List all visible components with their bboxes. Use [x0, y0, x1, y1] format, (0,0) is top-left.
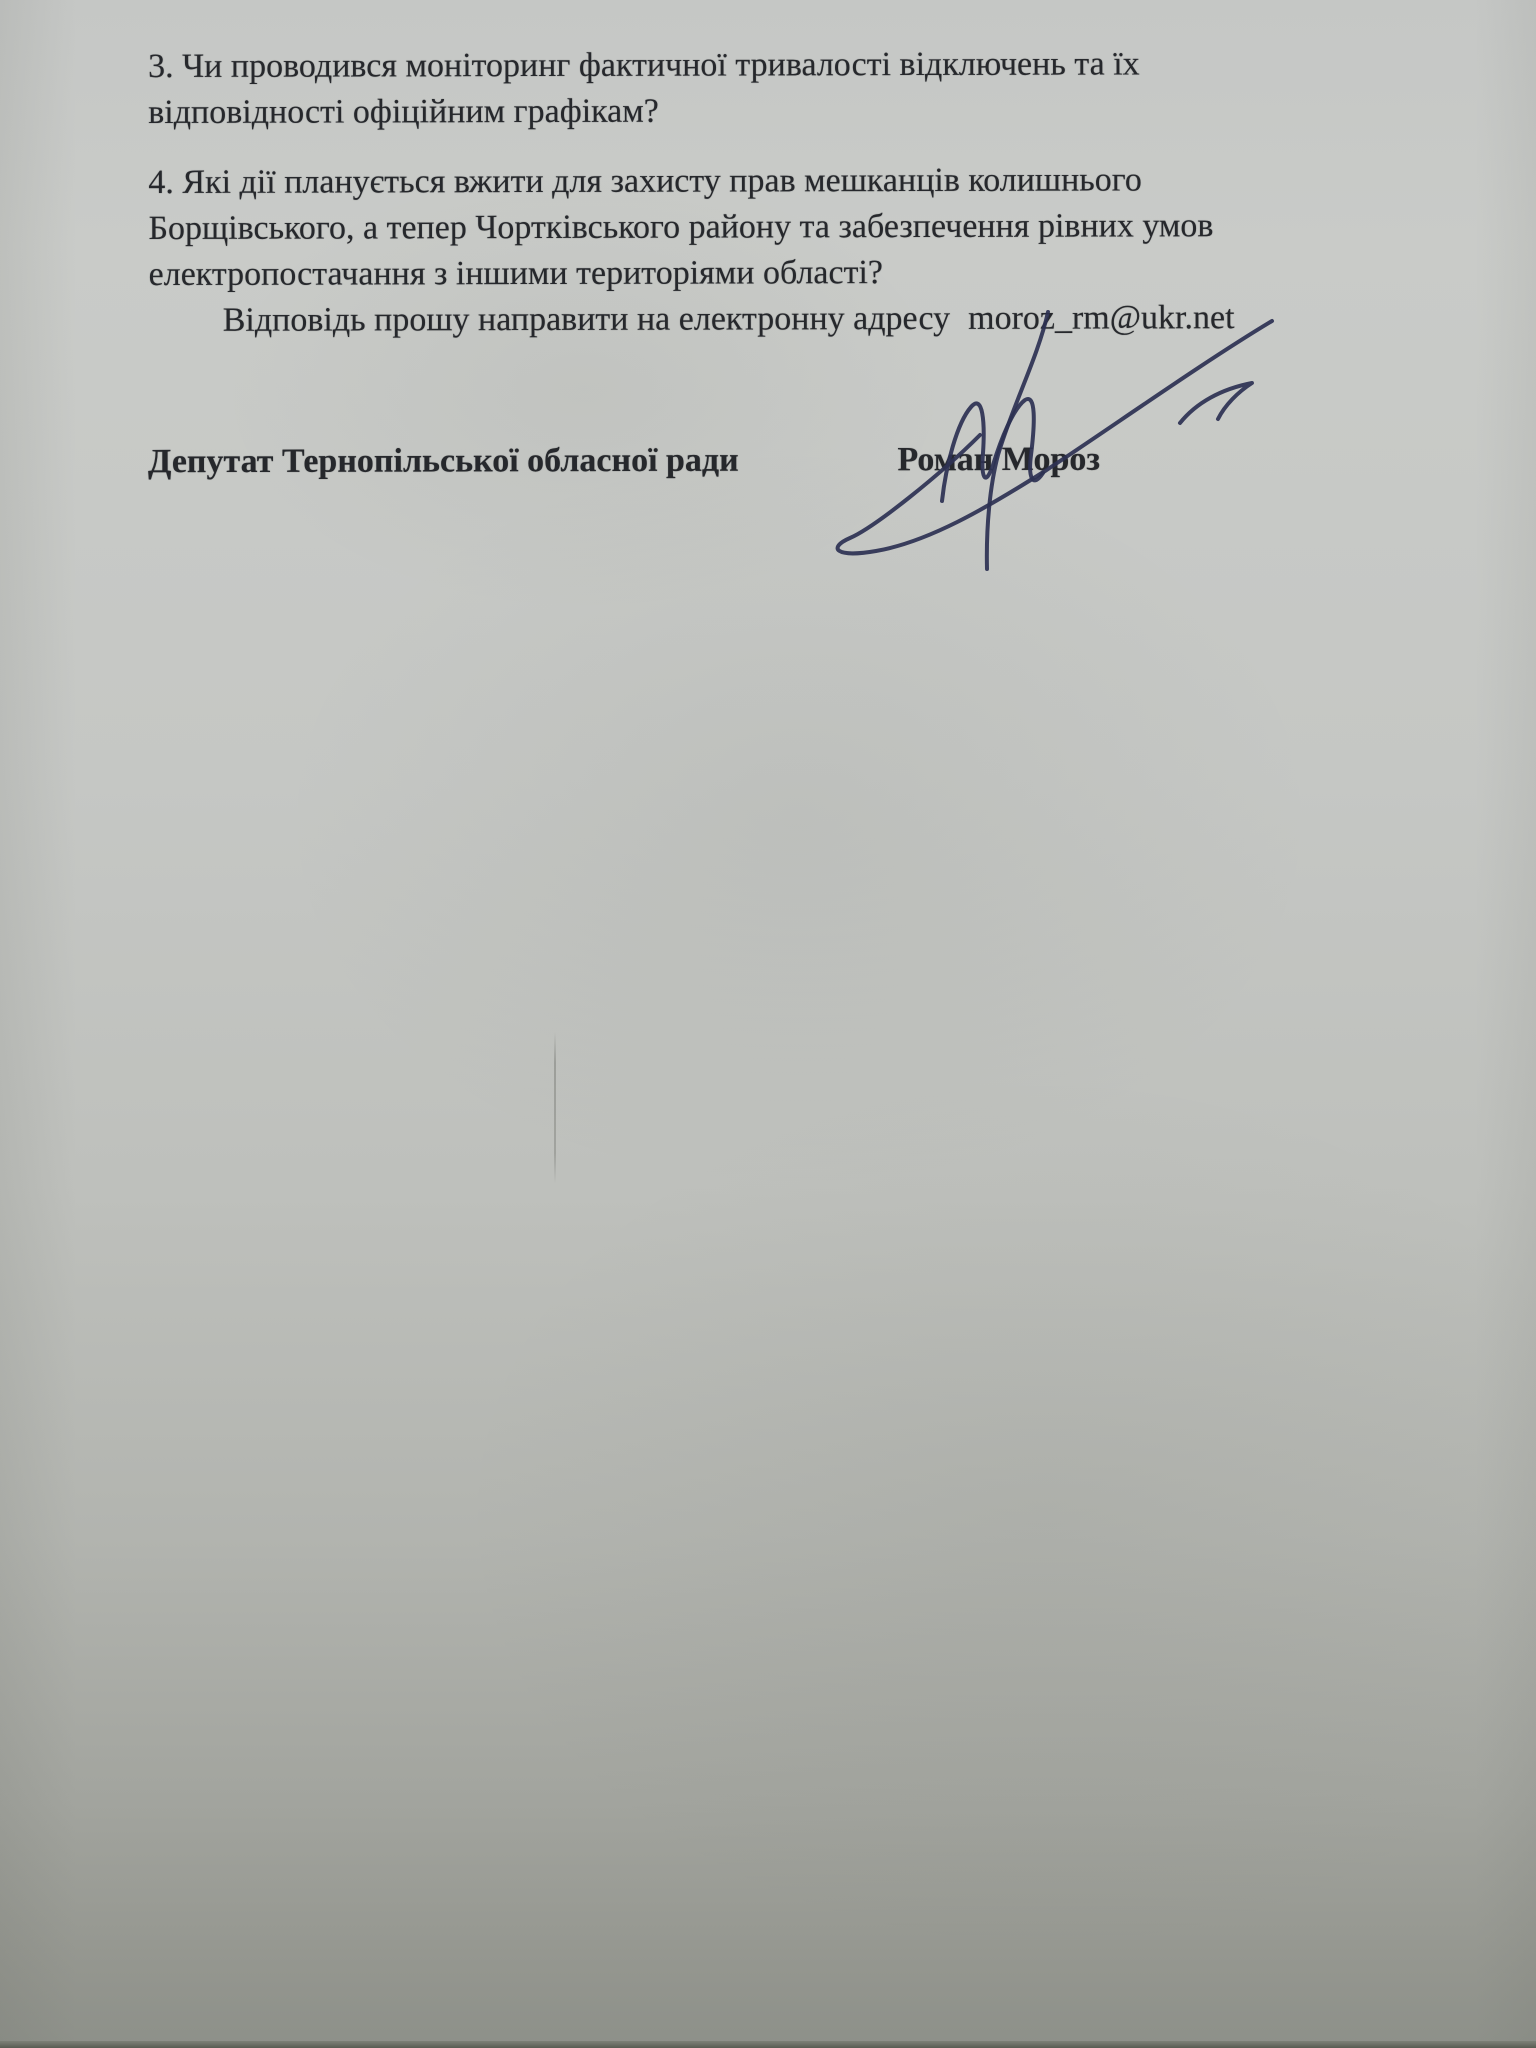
question-3: 3. Чи проводився моніторинг фактичної тр… — [148, 42, 1100, 136]
paper-scratch-mark — [554, 1032, 556, 1184]
question-4-line-1: 4. Які дії планується вжити для захисту … — [148, 158, 1100, 206]
reply-email-address: moroz_rm@ukr.net — [968, 299, 1235, 337]
reply-request-line: Відповідь прошу направити на електронну … — [149, 296, 1101, 344]
letter-body: 3. Чи проводився моніторинг фактичної тр… — [148, 42, 1101, 344]
paper-sheet: 3. Чи проводився моніторинг фактичної тр… — [0, 0, 1536, 2048]
question-3-line-2: відповідності офіційним графікам? — [148, 88, 1100, 136]
photo-bottom-edge — [0, 2041, 1536, 2048]
signature-row: Депутат Тернопільської обласної ради Ром… — [148, 437, 1100, 485]
question-4: 4. Які дії планується вжити для захисту … — [148, 158, 1100, 298]
question-3-line-1: 3. Чи проводився моніторинг фактичної тр… — [148, 42, 1100, 90]
question-4-line-2: Борщівського, а тепер Чортківського райо… — [148, 204, 1100, 252]
signatory-title: Депутат Тернопільської обласної ради — [148, 438, 739, 486]
question-4-line-3: електропостачання з іншими територіями о… — [149, 250, 1101, 298]
signatory-name: Роман Мороз — [897, 437, 1100, 484]
reply-request-text: Відповідь прошу направити на електронну … — [223, 300, 950, 339]
signature-stroke-final-check — [1180, 383, 1252, 423]
